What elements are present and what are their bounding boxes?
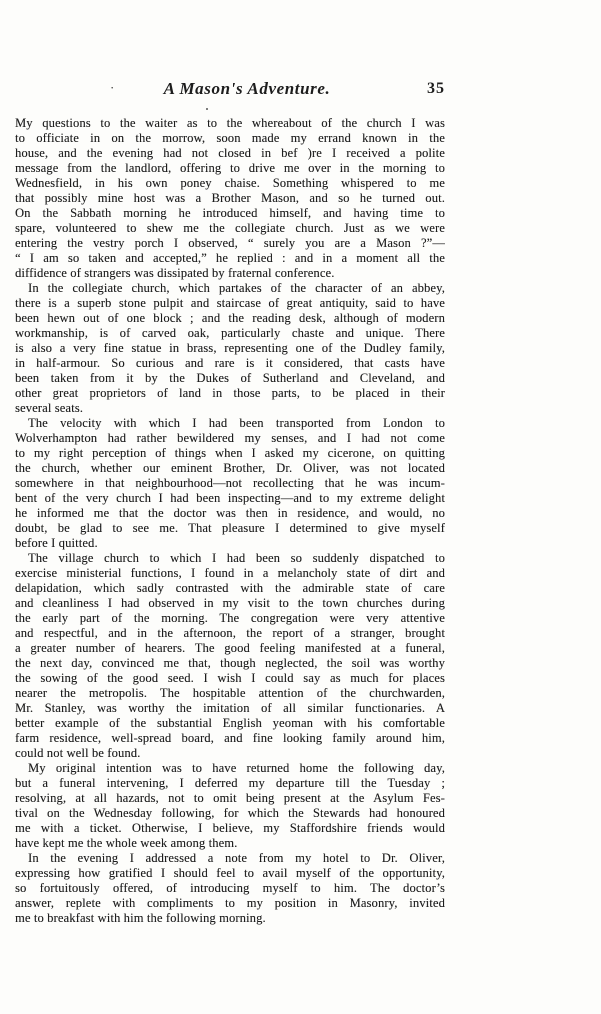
text-line: other great proprietors of land in those… (15, 386, 445, 401)
text-line: several seats. (15, 401, 445, 416)
text-line: message from the landlord, offering to d… (15, 161, 445, 176)
text-line: tival on the Wednesday following, for wh… (15, 806, 445, 821)
paragraph: My questions to the waiter as to the whe… (15, 116, 445, 281)
book-page: · A Mason's Adventure. 35 My questions t… (0, 0, 601, 1014)
text-line: been taken from it by the Dukes of Suthe… (15, 371, 445, 386)
text-line: somewhere in that neighbourhood—not reco… (15, 476, 445, 491)
text-line: been hewn out of one block ; and the rea… (15, 311, 445, 326)
text-line: there is a superb stone pulpit and stair… (15, 296, 445, 311)
text-line: he informed me that the doctor was then … (15, 506, 445, 521)
text-line: My original intention was to have return… (15, 761, 445, 776)
text-line: and cleanliness I had observed in my vis… (15, 596, 445, 611)
text-line: delapidation, which sadly contrasted wit… (15, 581, 445, 596)
text-line: spare, volunteered to shew me the colleg… (15, 221, 445, 236)
text-line: expressing how gratified I should feel t… (15, 866, 445, 881)
text-line: house, and the evening had not closed in… (15, 146, 445, 161)
text-line: the early part of the morning. The congr… (15, 611, 445, 626)
paragraph: In the evening I addressed a note from m… (15, 851, 445, 926)
text-line: Wolverhampton had rather bewildered my s… (15, 431, 445, 446)
ink-speck (206, 108, 208, 110)
text-line: farm residence, well-spread board, and f… (15, 731, 445, 746)
text-line: the next day, convinced me that, though … (15, 656, 445, 671)
text-line: Mr. Stanley, was worthy the imitation of… (15, 701, 445, 716)
text-line: workmanship, is of carved oak, particula… (15, 326, 445, 341)
text-line: In the collegiate church, which partakes… (15, 281, 445, 296)
text-line: a greater number of hearers. The good fe… (15, 641, 445, 656)
text-line: me to breakfast with him the following m… (15, 911, 445, 926)
text-line: have kept me the whole week among them. (15, 836, 445, 851)
text-line: answer, replete with compliments to my p… (15, 896, 445, 911)
text-line: Wednesfield, in his own poney chaise. So… (15, 176, 445, 191)
text-line: that possibly mine host was a Brother Ma… (15, 191, 445, 206)
paragraph: The velocity with which I had been trans… (15, 416, 445, 551)
text-line: is also a very fine statue in brass, rep… (15, 341, 445, 356)
text-line: entering the vestry porch I observed, “ … (15, 236, 445, 251)
text-line: to my right perception of things when I … (15, 446, 445, 461)
text-line: and respectful, and in the afternoon, th… (15, 626, 445, 641)
text-line: “ I am so taken and accepted,” he replie… (15, 251, 445, 266)
text-line: doubt, be glad to see me. That pleasure … (15, 521, 445, 536)
text-line: The village church to which I had been s… (15, 551, 445, 566)
text-block: My questions to the waiter as to the whe… (15, 116, 445, 926)
text-line: but a funeral intervening, I deferred my… (15, 776, 445, 791)
text-line: before I quitted. (15, 536, 445, 551)
page-number: 35 (427, 80, 445, 98)
text-line: better example of the substantial Englis… (15, 716, 445, 731)
text-line: My questions to the waiter as to the whe… (15, 116, 445, 131)
text-line: In the evening I addressed a note from m… (15, 851, 445, 866)
text-line: could not well be found. (15, 746, 445, 761)
text-line: in half-armour. So curious and rare is i… (15, 356, 445, 371)
text-line: the sowing of the good seed. I wish I co… (15, 671, 445, 686)
text-line: On the Sabbath morning he introduced him… (15, 206, 445, 221)
paragraph: The village church to which I had been s… (15, 551, 445, 761)
text-line: bent of the very church I had been inspe… (15, 491, 445, 506)
text-line: me with a ticket. Otherwise, I believe, … (15, 821, 445, 836)
text-line: exercise ministerial functions, I found … (15, 566, 445, 581)
text-line: resolving, at all hazards, not to omit b… (15, 791, 445, 806)
page-header: A Mason's Adventure. 35 (15, 79, 445, 103)
text-line: nearer the metropolis. The hospitable at… (15, 686, 445, 701)
text-line: to officiate in on the morrow, soon made… (15, 131, 445, 146)
text-line: the church, whether our eminent Brother,… (15, 461, 445, 476)
text-line: so fortuitously offered, of introducing … (15, 881, 445, 896)
paragraph: In the collegiate church, which partakes… (15, 281, 445, 416)
running-title: A Mason's Adventure. (32, 79, 462, 99)
text-line: The velocity with which I had been trans… (15, 416, 445, 431)
paragraph: My original intention was to have return… (15, 761, 445, 851)
text-line: diffidence of strangers was dissipated b… (15, 266, 445, 281)
